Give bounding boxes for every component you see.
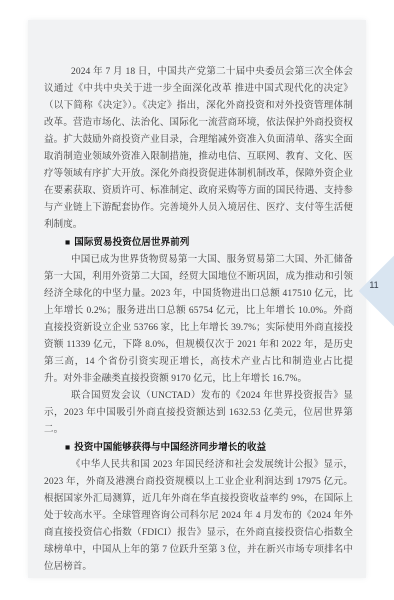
section-heading: ■国际贸易投资位居世界前列	[44, 234, 353, 252]
section-heading-label: 投资中国能够获得与中国经济同步增长的收益	[74, 443, 266, 453]
section-bullet-icon: ■	[65, 237, 70, 247]
page-text-block: 2024 年 7 月 18 日，中国共产党第二十届中央委员会第三次全体会议通过《…	[44, 64, 353, 576]
page-number: 11	[365, 279, 383, 291]
body-paragraph: 2024 年 7 月 18 日，中国共产党第二十届中央委员会第三次全体会议通过《…	[44, 64, 353, 234]
section-heading-label: 国际贸易投资位居世界前列	[74, 238, 189, 248]
body-paragraph: 中国已成为世界货物贸易第一大国、服务贸易第二大国、外汇储备第一大国，利用外资第二…	[44, 252, 353, 388]
section-heading: ■投资中国能够获得与中国经济同步增长的收益	[44, 439, 353, 457]
section-bullet-icon: ■	[65, 442, 70, 452]
body-paragraph: 联合国贸发会议（UNCTAD）发布的《2024 年世界投资报告》显示，2023 …	[44, 388, 353, 439]
body-paragraph: 《中华人民共和国 2023 年国民经济和社会发展统计公报》显示，2023 年，外…	[44, 457, 353, 576]
document-page: 2024 年 7 月 18 日，中国共产党第二十届中央委员会第三次全体会议通过《…	[28, 20, 366, 578]
